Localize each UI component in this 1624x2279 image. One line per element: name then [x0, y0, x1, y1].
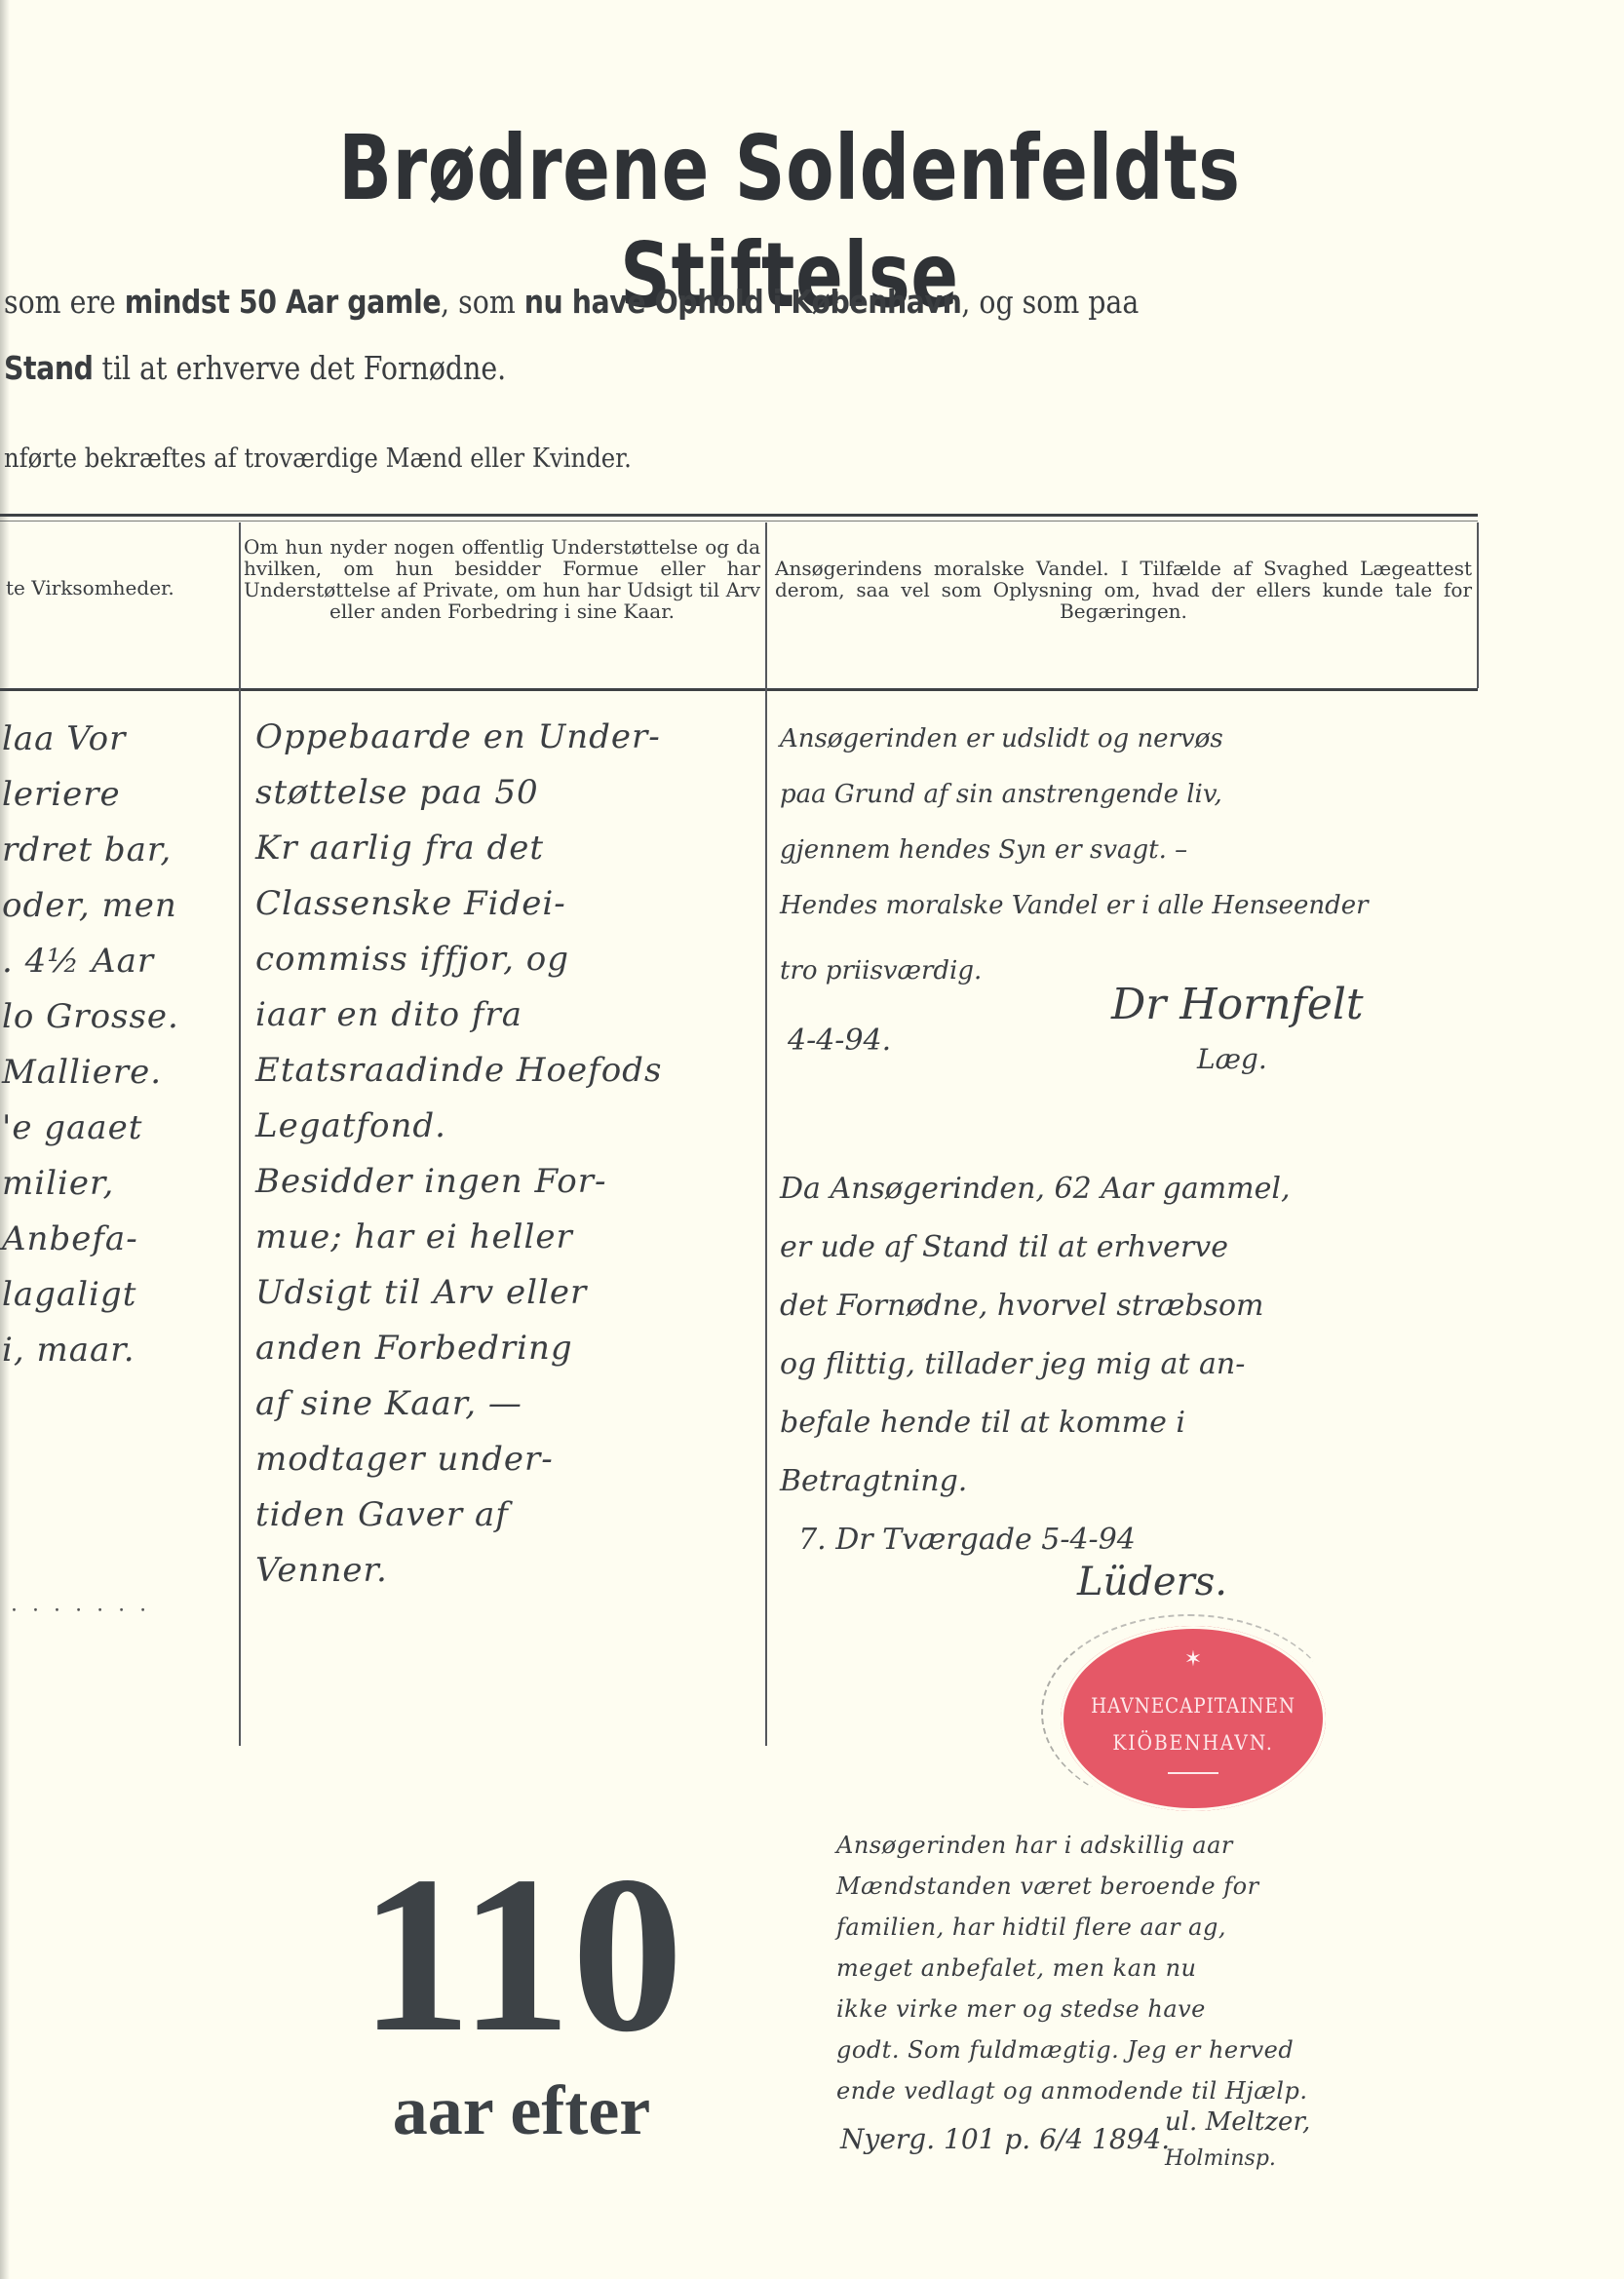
intro-text: til at erhverve det Fornødne.: [94, 349, 507, 387]
handwritten-line: af sine Kaar, —: [255, 1376, 662, 1432]
handwritten-line: Anbefa-: [2, 1212, 179, 1267]
handwritten-line: laa Vor: [2, 712, 179, 767]
handwritten-line: Venner.: [255, 1543, 662, 1599]
handwritten-line: Classenske Fidei-: [255, 876, 662, 932]
handwritten-line: Malliere.: [2, 1045, 179, 1101]
col2-handwriting: Oppebaarde en Under- støttelse paa 50 Kr…: [255, 710, 662, 1599]
handwritten-line: ikke virke mer og stedse have: [836, 1989, 1307, 2029]
intro-bold-text: nu have Ophold i København: [524, 283, 962, 321]
handwritten-line: Da Ansøgerinden, 62 Aar gammel,: [780, 1160, 1291, 1218]
harbour-note: Ansøgerinden har i adskillig aar Mændsta…: [836, 1825, 1307, 2111]
intro-bold-text: Stand: [4, 349, 94, 387]
handwritten-line: familien, har hidtil flere aar ag,: [836, 1907, 1307, 1948]
column-divider-3: [1477, 522, 1479, 688]
handwritten-line: Ansøgerinden er udslidt og nervøs: [780, 712, 1369, 767]
intro-text: , og som paa: [961, 283, 1139, 321]
star-icon: ✶: [1061, 1647, 1326, 1672]
handwritten-line: oder, men: [2, 878, 179, 934]
handwritten-line: modtager under-: [255, 1432, 662, 1487]
signature-title: Holminsp.: [1165, 2141, 1310, 2178]
handwritten-line: lagaligt: [2, 1267, 179, 1323]
handwritten-line: anden Forbedring: [255, 1321, 662, 1376]
doctor-statement-date: 4-4-94.: [788, 1024, 891, 1058]
intro-line-3: nførte bekræftes af troværdige Mænd elle…: [4, 444, 632, 474]
handwritten-line: commiss iffjor, og: [255, 932, 662, 987]
intro-text: som ere: [4, 283, 125, 321]
intro-line-1: som ere mindst 50 Aar gamle, som nu have…: [4, 283, 1139, 321]
handwritten-line: lo Grosse.: [2, 989, 179, 1045]
stamp-ornament-rule: [1168, 1772, 1218, 1774]
table-header-support: Om hun nyder nogen offentlig Understøtte…: [244, 536, 760, 622]
handwritten-line: godt. Som fuldmægtig. Jeg er herved: [836, 2029, 1307, 2070]
handwritten-line: Mændstanden været beroende for: [836, 1866, 1307, 1907]
table-header-moral-conduct: Ansøgerindens moralske Vandel. I Tilfæld…: [775, 558, 1472, 622]
recommender-signature: Lüders.: [1077, 1560, 1227, 1604]
harbour-note-signature: ul. Meltzer, Holminsp.: [1165, 2104, 1310, 2178]
handwritten-line: . 4½ Aar: [2, 934, 179, 989]
anniversary-subtitle: aar efter: [327, 2071, 716, 2149]
handwritten-line: Oppebaarde en Under-: [255, 710, 662, 765]
handwritten-line: tiden Gaver af: [255, 1487, 662, 1543]
harbour-captain-stamp: ✶ HAVNECAPITAINEN KIÖBENHAVN.: [1061, 1626, 1326, 1811]
handwritten-line: leriere: [2, 767, 179, 823]
anniversary-number: 110: [327, 1857, 716, 2052]
handwritten-line: iaar en dito fra: [255, 987, 662, 1043]
handwritten-line: det Fornødne, hvorvel stræbsom: [780, 1277, 1291, 1335]
intro-text: , som: [441, 283, 524, 321]
table-header-rule: [0, 688, 1478, 691]
stamp-line-1: HAVNECAPITAINEN: [1076, 1694, 1309, 1718]
handwritten-line: Ansøgerinden har i adskillig aar: [836, 1825, 1307, 1866]
recommendation-statement: Da Ansøgerinden, 62 Aar gammel, er ude a…: [780, 1160, 1291, 1569]
table-top-rule: [0, 514, 1478, 517]
doctor-signature: Dr Hornfelt: [1111, 980, 1364, 1029]
handwritten-line: gjennem hendes Syn er svagt. –: [780, 823, 1369, 878]
handwritten-line: Kr aarlig fra det: [255, 821, 662, 876]
handwritten-line: og flittig, tillader jeg mig at an-: [780, 1335, 1291, 1394]
table-top-rule-thin: [0, 521, 1478, 521]
handwritten-line: Besidder ingen For-: [255, 1154, 662, 1210]
handwritten-line: Udsigt til Arv eller: [255, 1265, 662, 1321]
handwritten-line: befale hende til at komme i: [780, 1394, 1291, 1452]
handwritten-line: meget anbefalet, men kan nu: [836, 1948, 1307, 1989]
table-header-occupation: te Virksomheder.: [0, 577, 240, 599]
harbour-note-date: Nyerg. 101 p. 6/4 1894.: [840, 2123, 1170, 2155]
handwritten-line: paa Grund af sin anstrengende liv,: [780, 767, 1369, 823]
handwritten-line: støttelse paa 50: [255, 765, 662, 821]
signature-name: ul. Meltzer,: [1165, 2104, 1310, 2141]
handwritten-line: mue; har ei heller: [255, 1210, 662, 1265]
handwritten-line: rdret bar,: [2, 823, 179, 878]
handwritten-line: Betragtning.: [780, 1452, 1291, 1511]
handwritten-line: i, maar.: [2, 1323, 179, 1378]
column-divider-2: [765, 522, 767, 1746]
column-divider-1: [239, 522, 241, 1746]
handwritten-line: 'e gaaet: [2, 1101, 179, 1156]
handwritten-line: milier,: [2, 1156, 179, 1212]
col1-faded-marks: ꞏ ꞏ ꞏ ꞏ ꞏ ꞏ ꞏ: [12, 1599, 151, 1620]
doctor-statement: Ansøgerinden er udslidt og nervøs paa Gr…: [780, 712, 1369, 999]
handwritten-line: Legatfond.: [255, 1099, 662, 1154]
handwritten-line: Hendes moralske Vandel er i alle Henseen…: [780, 878, 1369, 934]
stamp-line-2: KIÖBENHAVN.: [1074, 1731, 1313, 1755]
col1-handwriting: laa Vor leriere rdret bar, oder, men . 4…: [2, 712, 179, 1378]
handwritten-line: er ude af Stand til at erhverve: [780, 1218, 1291, 1277]
intro-bold-text: mindst 50 Aar gamle: [125, 283, 441, 321]
intro-line-2: Stand til at erhverve det Fornødne.: [4, 349, 506, 387]
doctor-signature-title: Læg.: [1197, 1043, 1267, 1075]
handwritten-line: Etatsraadinde Hoefods: [255, 1043, 662, 1099]
